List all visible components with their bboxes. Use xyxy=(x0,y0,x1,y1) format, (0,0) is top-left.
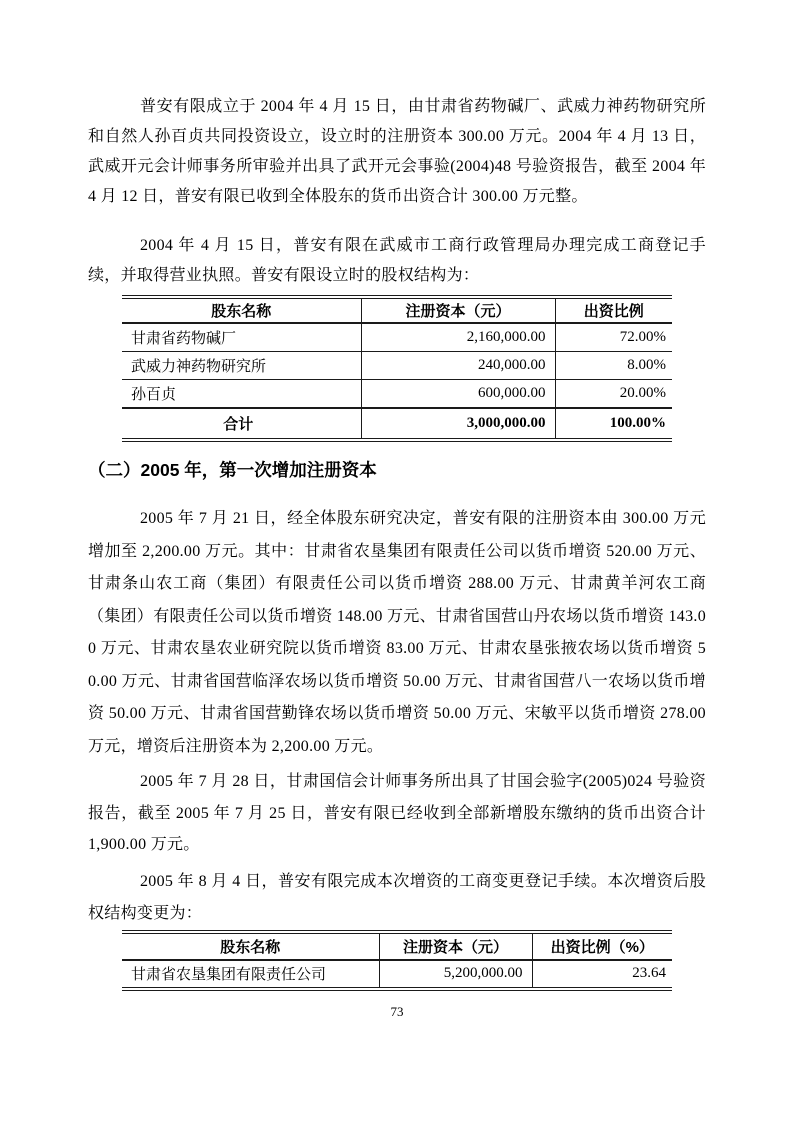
registered-capital-cell: 240,000.00 xyxy=(361,352,555,380)
registered-capital-cell: 2,160,000.00 xyxy=(361,323,555,352)
shareholder-name-cell: 孙百贞 xyxy=(122,380,361,409)
shareholder-name-cell: 甘肃省农垦集团有限责任公司 xyxy=(122,960,379,989)
contribution-ratio-cell: 20.00% xyxy=(555,380,672,409)
total-label-cell: 合计 xyxy=(122,408,361,440)
table-row: 武威力神药物研究所 240,000.00 8.00% xyxy=(122,352,672,380)
document-page: 普安有限成立于 2004 年 4 月 15 日，由甘肃省药物碱厂、武威力神药物研… xyxy=(0,0,793,1122)
page-number: 73 xyxy=(88,1004,706,1020)
header-shareholder-name: 股东名称 xyxy=(122,297,361,323)
contribution-ratio-cell: 23.64 xyxy=(532,960,672,989)
paragraph-capital-verification: 2005 年 7 月 28 日，甘肃国信会计师事务所出具了甘国会验字(2005)… xyxy=(88,766,706,861)
header-registered-capital: 注册资本（元） xyxy=(361,297,555,323)
registered-capital-cell: 5,200,000.00 xyxy=(379,960,532,989)
header-shareholder-name: 股东名称 xyxy=(122,932,379,960)
post-increase-equity-table: 股东名称 注册资本（元） 出资比例（%） 甘肃省农垦集团有限责任公司 5,200… xyxy=(122,930,672,991)
header-contribution-ratio-pct: 出资比例（%） xyxy=(532,932,672,960)
table-row: 孙百贞 600,000.00 20.00% xyxy=(122,380,672,409)
total-capital-cell: 3,000,000.00 xyxy=(361,408,555,440)
table-header-row: 股东名称 注册资本（元） 出资比例 xyxy=(122,297,672,323)
registered-capital-cell: 600,000.00 xyxy=(361,380,555,409)
table-row: 甘肃省农垦集团有限责任公司 5,200,000.00 23.64 xyxy=(122,960,672,989)
header-contribution-ratio: 出资比例 xyxy=(555,297,672,323)
table-row: 甘肃省药物碱厂 2,160,000.00 72.00% xyxy=(122,323,672,352)
total-ratio-cell: 100.00% xyxy=(555,408,672,440)
paragraph-capital-increase-details: 2005 年 7 月 21 日，经全体股东研究决定，普安有限的注册资本由 300… xyxy=(88,503,706,763)
post-increase-table-header: 股东名称 注册资本（元） 出资比例（%） xyxy=(122,932,672,960)
initial-equity-table-header: 股东名称 注册资本（元） 出资比例 xyxy=(122,297,672,323)
initial-equity-table: 股东名称 注册资本（元） 出资比例 甘肃省药物碱厂 2,160,000.00 7… xyxy=(122,295,672,442)
header-registered-capital: 注册资本（元） xyxy=(379,932,532,960)
section-heading-second-capital-increase: （二）2005 年，第一次增加注册资本 xyxy=(88,457,706,484)
contribution-ratio-cell: 72.00% xyxy=(555,323,672,352)
table-total-row: 合计 3,000,000.00 100.00% xyxy=(122,408,672,440)
paragraph-registration-change: 2005 年 8 月 4 日，普安有限完成本次增资的工商变更登记手续。本次增资后… xyxy=(88,866,706,930)
paragraph-business-registration: 2004 年 4 月 15 日，普安有限在武威市工商行政管理局办理完成工商登记手… xyxy=(88,231,706,291)
table-header-row: 股东名称 注册资本（元） 出资比例（%） xyxy=(122,932,672,960)
paragraph-incorporation: 普安有限成立于 2004 年 4 月 15 日，由甘肃省药物碱厂、武威力神药物研… xyxy=(88,92,706,212)
shareholder-name-cell: 甘肃省药物碱厂 xyxy=(122,323,361,352)
shareholder-name-cell: 武威力神药物研究所 xyxy=(122,352,361,380)
contribution-ratio-cell: 8.00% xyxy=(555,352,672,380)
